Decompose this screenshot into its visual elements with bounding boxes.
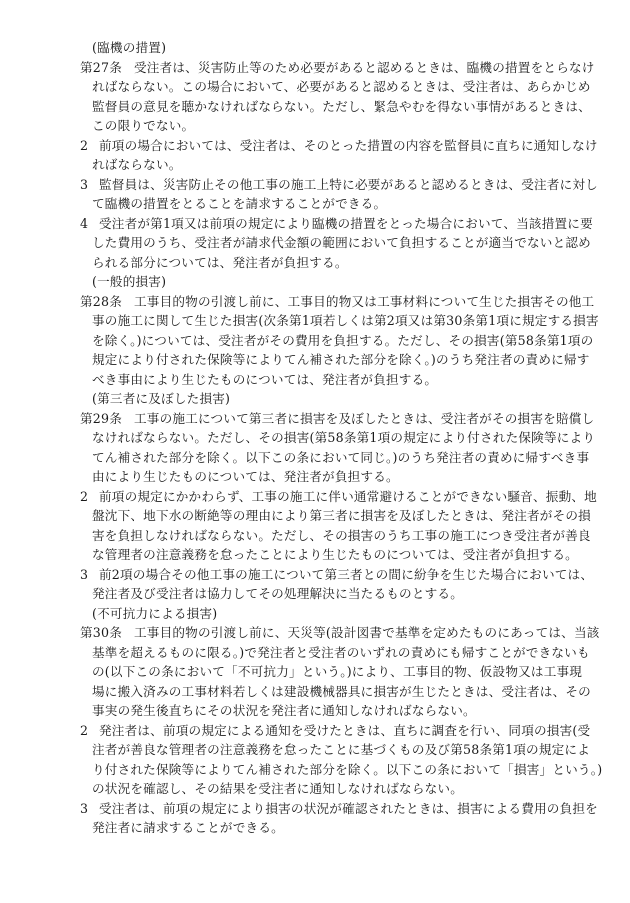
paragraph: 2発注者は、前項の規定による通知を受けたときは、直ちに調査を行い、同項の損害(受… — [80, 721, 550, 799]
text-line: の(以下この条において「不可抗力」という。)により、工事目的物、仮設物又は工事現 — [80, 662, 550, 682]
line-text: 盤沈下、地下水の断絶等の理由により第三者に損害を及ぼしたときは、発注者がその損 — [92, 508, 591, 523]
line-text: ればならない。この場合において、必要があると認めるときは、受注者は、あらかじめ — [92, 79, 591, 94]
item-number: 4 — [80, 214, 99, 234]
line-text: べき事由により生じたものについては、発注者が負担する。 — [92, 372, 437, 387]
line-text: の(以下この条において「不可抗力」という。)により、工事目的物、仮設物又は工事現 — [92, 664, 582, 679]
item-number: 3 — [80, 565, 99, 585]
text-line: 2発注者は、前項の規定による通知を受けたときは、直ちに調査を行い、同項の損害(受 — [80, 721, 550, 741]
text-line: 2前項の規定にかかわらず、工事の施工に伴い通常避けることができない騒音、振動、地 — [80, 487, 550, 507]
line-text: 発注者及び受注者は協力してその処理解決に当たるものとする。 — [92, 586, 463, 601]
text-line: 第29条工事の施工について第三者に損害を及ぼしたときは、受注者がその損害を賠償し — [80, 409, 550, 429]
line-text: 基準を超えるものに限る。)で発注者と受注者のいずれの責めにも帰すことができないも — [92, 645, 590, 660]
article-number: 第27条 — [80, 58, 134, 78]
paragraph: 2前項の規定にかかわらず、工事の施工に伴い通常避けることができない騒音、振動、地… — [80, 487, 550, 565]
line-text: 害を負担しなければならない。ただし、その損害のうち工事の施工につき受注者が善良 — [92, 528, 591, 543]
line-text: 工事の施工について第三者に損害を及ぼしたときは、受注者がその損害を賠償し — [134, 411, 594, 426]
line-text: り付された保険等によりてん補された部分を除く。以下この条において「損害」という。… — [92, 762, 602, 777]
line-text: 事の施工に関して生じた損害(次条第1項若しくは第2項又は第30条第1項に規定する… — [92, 313, 599, 328]
line-text: 規定により付された保険等によりてん補された部分を除く。)のうち発注者の責めに帰す — [92, 352, 590, 367]
text-line: 発注者に請求することができる。 — [80, 818, 550, 838]
text-line: 事実の発生後直ちにその状況を発注者に通知しなければならない。 — [80, 701, 550, 721]
line-text: て臨機の措置をとることを請求することができる。 — [92, 196, 386, 211]
text-line: 監督員の意見を聴かなければならない。ただし、緊急やむを得ない事情があるときは、 — [80, 97, 550, 117]
text-line: べき事由により生じたものについては、発注者が負担する。 — [80, 370, 550, 390]
article-number: 第28条 — [80, 292, 134, 312]
article-section: (一般的損害)第28条工事目的物の引渡し前に、工事目的物又は工事材料について生じ… — [80, 272, 550, 389]
article-section: (臨機の措置)第27条受注者は、災害防止等のため必要があると認めるときは、臨機の… — [80, 38, 550, 272]
article-number: 第30条 — [80, 623, 134, 643]
line-text: 場に搬入済みの工事材料若しくは建設機械器具に損害が生じたときは、受注者は、その — [92, 684, 591, 699]
text-line: 3受注者は、前項の規定により損害の状況が確認されたときは、損害による費用の負担を — [80, 799, 550, 819]
paragraph: 第27条受注者は、災害防止等のため必要があると認めるときは、臨機の措置をとらなけ… — [80, 58, 550, 136]
article-number: 第29条 — [80, 409, 134, 429]
article-section: (第三者に及ぼした損害)第29条工事の施工について第三者に損害を及ぼしたときは、… — [80, 389, 550, 604]
text-line: 3前2項の場合その他工事の施工について第三者との間に紛争を生じた場合においては、 — [80, 565, 550, 585]
line-text: 前項の場合においては、受注者は、そのとった措置の内容を監督員に直ちに通知しなけ — [99, 138, 598, 153]
line-text: 事実の発生後直ちにその状況を発注者に通知しなければならない。 — [92, 703, 476, 718]
paragraph: 第28条工事目的物の引渡し前に、工事目的物又は工事材料について生じた損害その他工… — [80, 292, 550, 390]
text-line: 規定により付された保険等によりてん補された部分を除く。)のうち発注者の責めに帰す — [80, 350, 550, 370]
item-number: 3 — [80, 175, 99, 195]
text-line: 2前項の場合においては、受注者は、そのとった措置の内容を監督員に直ちに通知しなけ — [80, 136, 550, 156]
line-text: ればならない。 — [92, 157, 182, 172]
text-line: られる部分については、発注者が負担する。 — [80, 253, 550, 273]
paragraph: 3前2項の場合その他工事の施工について第三者との間に紛争を生じた場合においては、… — [80, 565, 550, 604]
article-heading: (一般的損害) — [80, 272, 550, 292]
paragraph: 第30条工事目的物の引渡し前に、天災等(設計図書で基準を定めたものにあっては、当… — [80, 623, 550, 721]
text-line: 盤沈下、地下水の断絶等の理由により第三者に損害を及ぼしたときは、発注者がその損 — [80, 506, 550, 526]
line-text: なければならない。ただし、その損害(第58条第1項の規定により付された保険等によ… — [92, 430, 595, 445]
line-text: 受注者が第1項又は前項の規定により臨機の措置をとった場合において、当該措置に要 — [99, 216, 593, 231]
text-line: 第27条受注者は、災害防止等のため必要があると認めるときは、臨機の措置をとらなけ — [80, 58, 550, 78]
text-line: ればならない。 — [80, 155, 550, 175]
line-text: を除く。)については、受注者がその費用を負担する。ただし、その損害(第58条第1… — [92, 333, 593, 348]
text-line: 害を負担しなければならない。ただし、その損害のうち工事の施工につき受注者が善良 — [80, 526, 550, 546]
line-text: 前項の規定にかかわらず、工事の施工に伴い通常避けることができない騒音、振動、地 — [99, 489, 597, 504]
article-section: (不可抗力による損害)第30条工事目的物の引渡し前に、天災等(設計図書で基準を定… — [80, 604, 550, 838]
text-line: 基準を超えるものに限る。)で発注者と受注者のいずれの責めにも帰すことができないも — [80, 643, 550, 663]
text-line: の状況を確認し、その結果を受注者に通知しなければならない。 — [80, 779, 550, 799]
document-page: (臨機の措置)第27条受注者は、災害防止等のため必要があると認めるときは、臨機の… — [80, 38, 550, 838]
paragraph: 3受注者は、前項の規定により損害の状況が確認されたときは、損害による費用の負担を… — [80, 799, 550, 838]
item-number: 3 — [80, 799, 99, 819]
item-number: 2 — [80, 487, 99, 507]
text-line: 4受注者が第1項又は前項の規定により臨機の措置をとった場合において、当該措置に要 — [80, 214, 550, 234]
line-text: 監督員は、災害防止その他工事の施工上特に必要があると認めるときは、受注者に対し — [99, 177, 598, 192]
text-line: り付された保険等によりてん補された部分を除く。以下この条において「損害」という。… — [80, 760, 550, 780]
line-text: 受注者は、災害防止等のため必要があると認めるときは、臨機の措置をとらなけ — [134, 60, 595, 75]
paragraph: 3監督員は、災害防止その他工事の施工上特に必要があると認めるときは、受注者に対し… — [80, 175, 550, 214]
text-line: て臨機の措置をとることを請求することができる。 — [80, 194, 550, 214]
line-text: てん補された部分を除く。以下この条において同じ。)のうち発注者の責めに帰すべき事 — [92, 450, 589, 465]
text-line: 3監督員は、災害防止その他工事の施工上特に必要があると認めるときは、受注者に対し — [80, 175, 550, 195]
line-text: 監督員の意見を聴かなければならない。ただし、緊急やむを得ない事情があるときは、 — [92, 99, 591, 114]
text-line: 事の施工に関して生じた損害(次条第1項若しくは第2項又は第30条第1項に規定する… — [80, 311, 550, 331]
line-text: した費用のうち、受注者が請求代金額の範囲において負担することが適当でないと認め — [92, 235, 591, 250]
line-text: 工事目的物の引渡し前に、工事目的物又は工事材料について生じた損害その他工 — [134, 294, 594, 309]
text-line: 注者が善良な管理者の注意義務を怠ったことに基づくもの及び第58条第1項の規定によ — [80, 740, 550, 760]
line-text: な管理者の注意義務を怠ったことにより生じたものについては、受注者が負担する。 — [92, 547, 578, 562]
line-text: られる部分については、発注者が負担する。 — [92, 255, 348, 270]
paragraph: 第29条工事の施工について第三者に損害を及ぼしたときは、受注者がその損害を賠償し… — [80, 409, 550, 487]
text-line: 場に搬入済みの工事材料若しくは建設機械器具に損害が生じたときは、受注者は、その — [80, 682, 550, 702]
line-text: 前2項の場合その他工事の施工について第三者との間に紛争を生じた場合においては、 — [99, 567, 593, 582]
text-line: なければならない。ただし、その損害(第58条第1項の規定により付された保険等によ… — [80, 428, 550, 448]
line-text: 工事目的物の引渡し前に、天災等(設計図書で基準を定めたものにあっては、当該 — [134, 625, 600, 640]
item-number: 2 — [80, 721, 99, 741]
paragraph: 4受注者が第1項又は前項の規定により臨機の措置をとった場合において、当該措置に要… — [80, 214, 550, 273]
text-line: 由により生じたものについては、発注者が負担する。 — [80, 467, 550, 487]
article-heading: (不可抗力による損害) — [80, 604, 550, 624]
article-heading: (第三者に及ぼした損害) — [80, 389, 550, 409]
text-line: した費用のうち、受注者が請求代金額の範囲において負担することが適当でないと認め — [80, 233, 550, 253]
text-line: を除く。)については、受注者がその費用を負担する。ただし、その損害(第58条第1… — [80, 331, 550, 351]
paragraph: 2前項の場合においては、受注者は、そのとった措置の内容を監督員に直ちに通知しなけ… — [80, 136, 550, 175]
text-line: この限りでない。 — [80, 116, 550, 136]
text-line: 第28条工事目的物の引渡し前に、工事目的物又は工事材料について生じた損害その他工 — [80, 292, 550, 312]
line-text: 注者が善良な管理者の注意義務を怠ったことに基づくもの及び第58条第1項の規定によ — [92, 742, 590, 757]
line-text: 受注者は、前項の規定により損害の状況が確認されたときは、損害による費用の負担を — [99, 801, 598, 816]
text-line: な管理者の注意義務を怠ったことにより生じたものについては、受注者が負担する。 — [80, 545, 550, 565]
item-number: 2 — [80, 136, 99, 156]
line-text: この限りでない。 — [92, 118, 194, 133]
text-line: 第30条工事目的物の引渡し前に、天災等(設計図書で基準を定めたものにあっては、当… — [80, 623, 550, 643]
line-text: の状況を確認し、その結果を受注者に通知しなければならない。 — [92, 781, 463, 796]
text-line: ればならない。この場合において、必要があると認めるときは、受注者は、あらかじめ — [80, 77, 550, 97]
line-text: 発注者は、前項の規定による通知を受けたときは、直ちに調査を行い、同項の損害(受 — [99, 723, 590, 738]
article-heading: (臨機の措置) — [80, 38, 550, 58]
line-text: 由により生じたものについては、発注者が負担する。 — [92, 469, 399, 484]
text-line: てん補された部分を除く。以下この条において同じ。)のうち発注者の責めに帰すべき事 — [80, 448, 550, 468]
text-line: 発注者及び受注者は協力してその処理解決に当たるものとする。 — [80, 584, 550, 604]
line-text: 発注者に請求することができる。 — [92, 820, 284, 835]
